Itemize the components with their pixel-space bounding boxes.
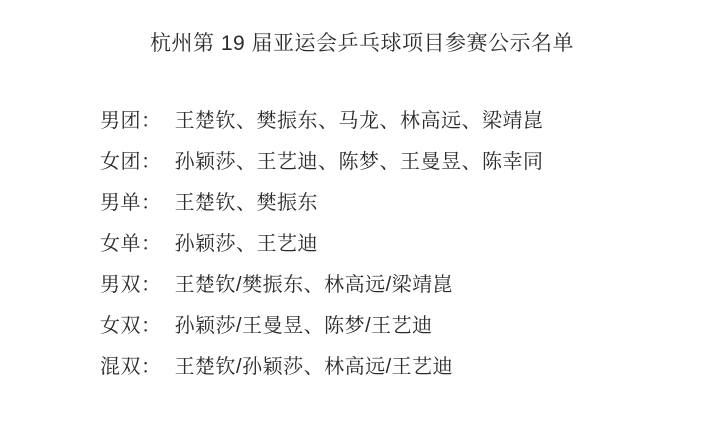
- player-names: 孙颖莎/王曼昱、陈梦/王艺迪: [175, 306, 433, 347]
- player-names: 王楚钦、樊振东: [175, 183, 319, 224]
- roster-row-womens-singles: 女单： 孙颖莎、王艺迪: [100, 224, 724, 265]
- roster-row-mens-singles: 男单： 王楚钦、樊振东: [100, 183, 724, 224]
- player-names: 孙颖莎、王艺迪: [175, 224, 319, 265]
- player-names: 王楚钦/樊振东、林高远/梁靖崑: [175, 265, 454, 306]
- roster-row-mens-team: 男团： 王楚钦、樊振东、马龙、林高远、梁靖崑: [100, 101, 724, 142]
- event-label: 男单：: [100, 183, 162, 224]
- event-label: 混双：: [100, 347, 162, 388]
- roster-row-mixed-doubles: 混双： 王楚钦/孙颖莎、林高远/王艺迪: [100, 347, 724, 388]
- roster-row-mens-doubles: 男双： 王楚钦/樊振东、林高远/梁靖崑: [100, 265, 724, 306]
- roster-row-womens-team: 女团： 孙颖莎、王艺迪、陈梦、王曼昱、陈幸同: [100, 142, 724, 183]
- event-label: 女双：: [100, 306, 162, 347]
- page-title: 杭州第 19 届亚运会乒乓球项目参赛公示名单: [0, 0, 724, 56]
- document-page: 杭州第 19 届亚运会乒乓球项目参赛公示名单 男团： 王楚钦、樊振东、马龙、林高…: [0, 0, 724, 427]
- player-names: 王楚钦/孙颖莎、林高远/王艺迪: [175, 347, 454, 388]
- event-label: 女单：: [100, 224, 162, 265]
- event-label: 男团：: [100, 101, 162, 142]
- event-label: 男双：: [100, 265, 162, 306]
- roster-row-womens-doubles: 女双： 孙颖莎/王曼昱、陈梦/王艺迪: [100, 306, 724, 347]
- player-names: 王楚钦、樊振东、马龙、林高远、梁靖崑: [175, 101, 544, 142]
- roster-list: 男团： 王楚钦、樊振东、马龙、林高远、梁靖崑 女团： 孙颖莎、王艺迪、陈梦、王曼…: [0, 101, 724, 388]
- event-label: 女团：: [100, 142, 162, 183]
- player-names: 孙颖莎、王艺迪、陈梦、王曼昱、陈幸同: [175, 142, 544, 183]
